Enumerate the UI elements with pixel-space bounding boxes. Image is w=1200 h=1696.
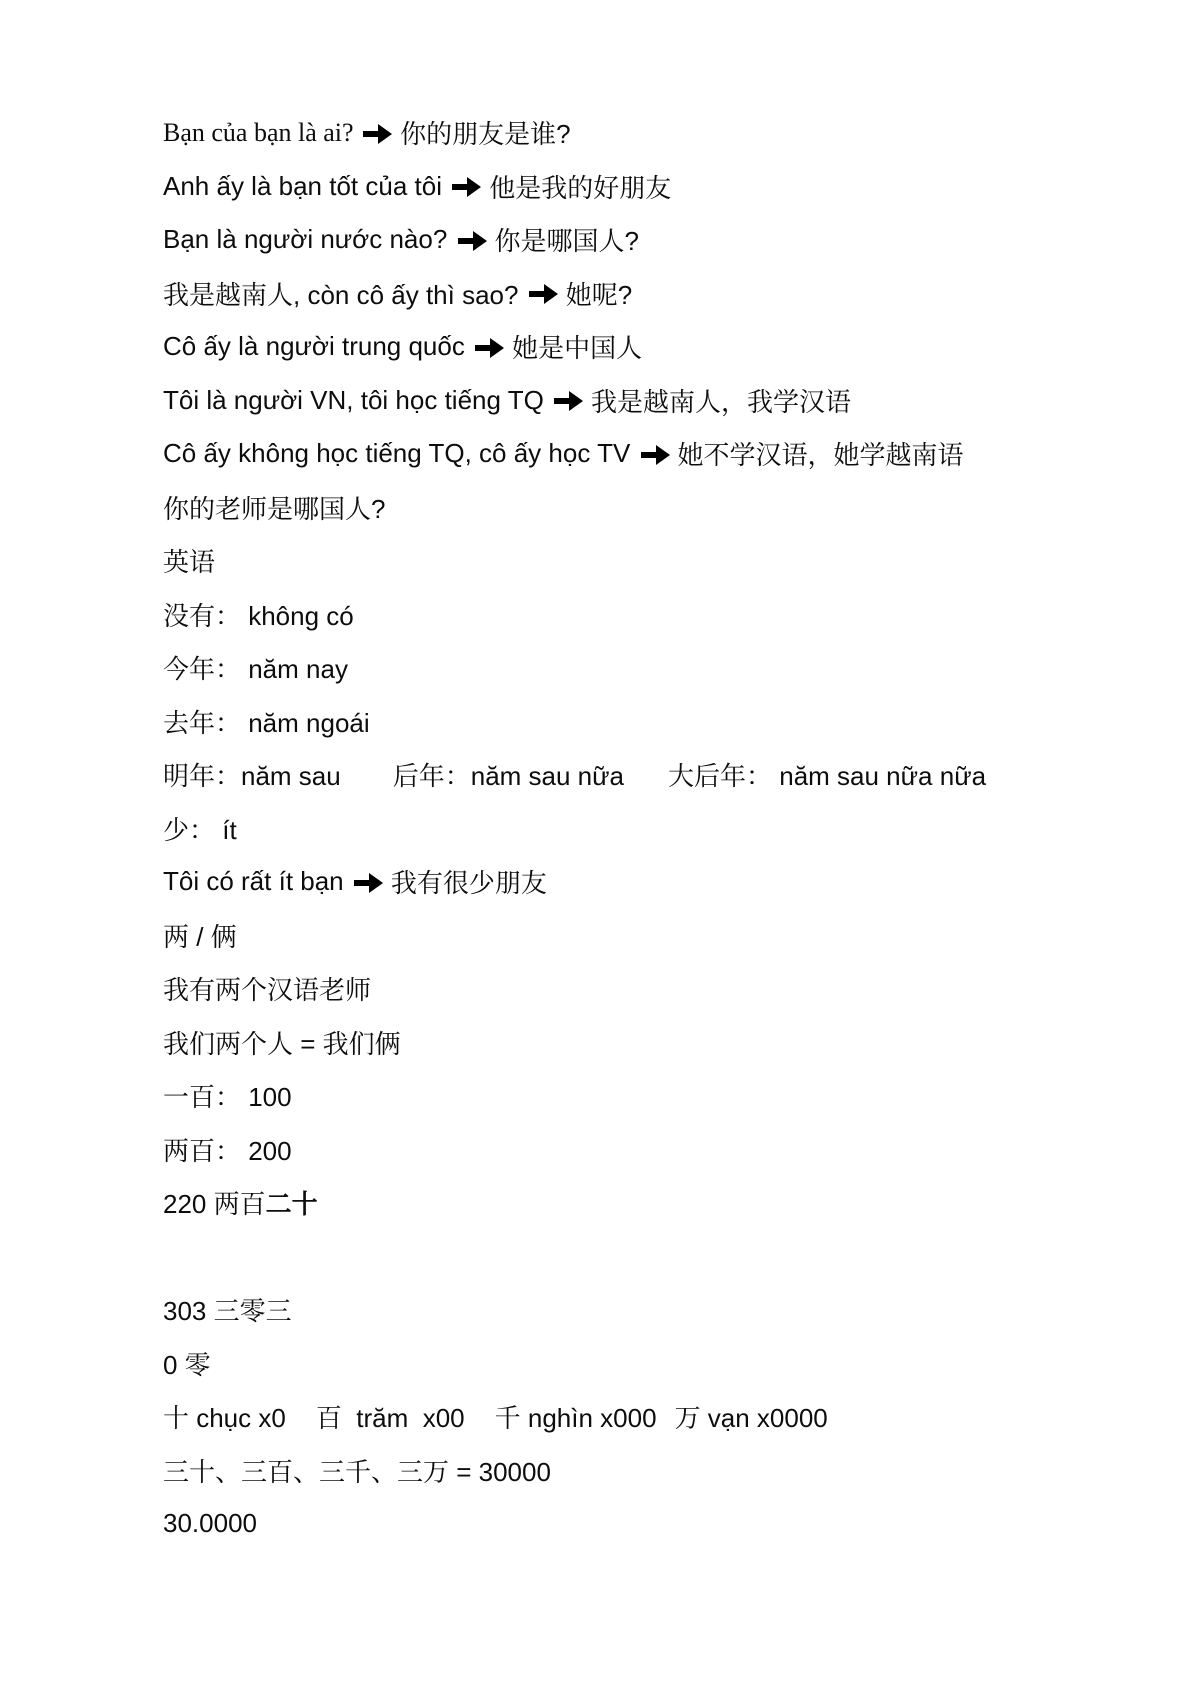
text-segment: 我是越南人，我学汉语 (591, 382, 851, 419)
text-line: 去年： năm ngoái (163, 695, 1160, 749)
text-line: 今年： năm nay (163, 641, 1160, 695)
right-arrow-icon (553, 390, 584, 412)
blank-line (163, 1230, 1160, 1284)
text-line: 220 两百二十 (163, 1176, 1160, 1230)
text-segment: Tôi có rất ít bạn (163, 866, 351, 897)
text-segment: Bạn là người nước nào? (163, 224, 455, 255)
document-page: Bạn của bạn là ai? 你的朋友是谁?Anh ấy là bạn … (0, 0, 1200, 1696)
text-line: 30.0000 (163, 1497, 1160, 1551)
text-segment: 后年：năm sau nữa (393, 756, 624, 793)
text-segment: 我们两个人 = 我们俩 (163, 1024, 401, 1061)
text-line: 两百： 200 (163, 1123, 1160, 1177)
text-segment: 大后年： năm sau nữa nữa (668, 756, 986, 793)
tab-spacer (465, 1416, 495, 1417)
text-segment: Cô ấy không học tiếng TQ, cô ấy học TV (163, 438, 638, 469)
text-segment: 一百： 100 (163, 1077, 292, 1114)
text-segment: 去年： năm ngoái (163, 703, 370, 740)
text-segment: 303 三零三 (163, 1291, 292, 1328)
right-arrow-icon (528, 283, 559, 305)
text-line: Tôi là người VN, tôi học tiếng TQ 我是越南人，… (163, 374, 1160, 428)
text-segment: 我有很少朋友 (391, 863, 547, 900)
text-segment: 千 nghìn x000 (495, 1398, 657, 1435)
text-line: Anh ấy là bạn tốt của tôi 他是我的好朋友 (163, 160, 1160, 214)
text-segment: 她是中国人 (512, 328, 642, 365)
text-line: Bạn của bạn là ai? 你的朋友是谁? (163, 106, 1160, 160)
text-segment: 你的朋友是谁? (400, 114, 570, 151)
text-segment: 你的老师是哪国人? (163, 489, 385, 526)
right-arrow-icon (451, 176, 482, 198)
text-segment: 0 零 (163, 1345, 211, 1382)
text-segment: 她呢? (566, 275, 632, 312)
text-line: 两 / 俩 (163, 909, 1160, 963)
right-arrow-icon (362, 123, 393, 145)
text-line: 三十、三百、三千、三万 = 30000 (163, 1444, 1160, 1498)
text-line: 没有： không có (163, 588, 1160, 642)
right-arrow-icon (457, 230, 488, 252)
tab-spacer (286, 1416, 316, 1417)
text-segment: 他是我的好朋友 (489, 168, 671, 205)
text-segment: 百 trăm x00 (316, 1398, 465, 1435)
text-line: 少： ít (163, 802, 1160, 856)
right-arrow-icon (353, 872, 384, 894)
text-segment: Bạn của bạn là ai? (163, 118, 360, 148)
text-segment: 30.0000 (163, 1508, 257, 1539)
text-segment: 我有两个汉语老师 (163, 970, 371, 1007)
text-segment: 少： ít (163, 810, 237, 847)
tab-spacer (624, 774, 668, 775)
text-segment: 没有： không có (163, 596, 354, 633)
text-line: 我是越南人, còn cô ấy thì sao? 她呢? (163, 267, 1160, 321)
text-line: 英语 (163, 534, 1160, 588)
right-arrow-icon (640, 444, 671, 466)
text-segment: 我是越南人, còn cô ấy thì sao? (163, 275, 526, 312)
text-line: 明年：năm sau后年：năm sau nữa大后年： năm sau nữa… (163, 748, 1160, 802)
text-line: 一百： 100 (163, 1069, 1160, 1123)
text-line: 303 三零三 (163, 1283, 1160, 1337)
text-segment: 十 chục x0 (163, 1398, 286, 1435)
text-segment: Cô ấy là người trung quốc (163, 331, 472, 362)
right-arrow-icon (474, 337, 505, 359)
text-segment: Tôi là người VN, tôi học tiếng TQ (163, 385, 551, 416)
text-segment: 二十 (266, 1184, 318, 1221)
text-segment: 今年： năm nay (163, 649, 348, 686)
text-line: 你的老师是哪国人? (163, 481, 1160, 535)
text-line: 我们两个人 = 我们俩 (163, 1016, 1160, 1070)
text-segment: 英语 (163, 542, 215, 579)
text-segment: 三十、三百、三千、三万 = 30000 (163, 1452, 551, 1489)
text-segment: 你是哪国人? (495, 221, 639, 258)
text-line: Cô ấy không học tiếng TQ, cô ấy học TV 她… (163, 427, 1160, 481)
text-segment: 220 两百 (163, 1184, 266, 1221)
text-line: Tôi có rất ít bạn 我有很少朋友 (163, 855, 1160, 909)
text-segment: 万 vạn x0000 (675, 1398, 828, 1435)
text-segment: 明年：năm sau (163, 756, 341, 793)
text-line: 0 零 (163, 1337, 1160, 1391)
text-segment: 两百： 200 (163, 1131, 292, 1168)
text-line: Cô ấy là người trung quốc 她是中国人 (163, 320, 1160, 374)
text-line: Bạn là người nước nào? 你是哪国人? (163, 213, 1160, 267)
text-segment: Anh ấy là bạn tốt của tôi (163, 171, 449, 202)
text-line: 我有两个汉语老师 (163, 962, 1160, 1016)
tab-spacer (341, 774, 393, 775)
text-segment: 她不学汉语，她学越南语 (678, 435, 964, 472)
tab-spacer (657, 1416, 675, 1417)
text-line: 十 chục x0百 trăm x00千 nghìn x000万 vạn x00… (163, 1390, 1160, 1444)
text-segment: 两 / 俩 (163, 917, 237, 954)
